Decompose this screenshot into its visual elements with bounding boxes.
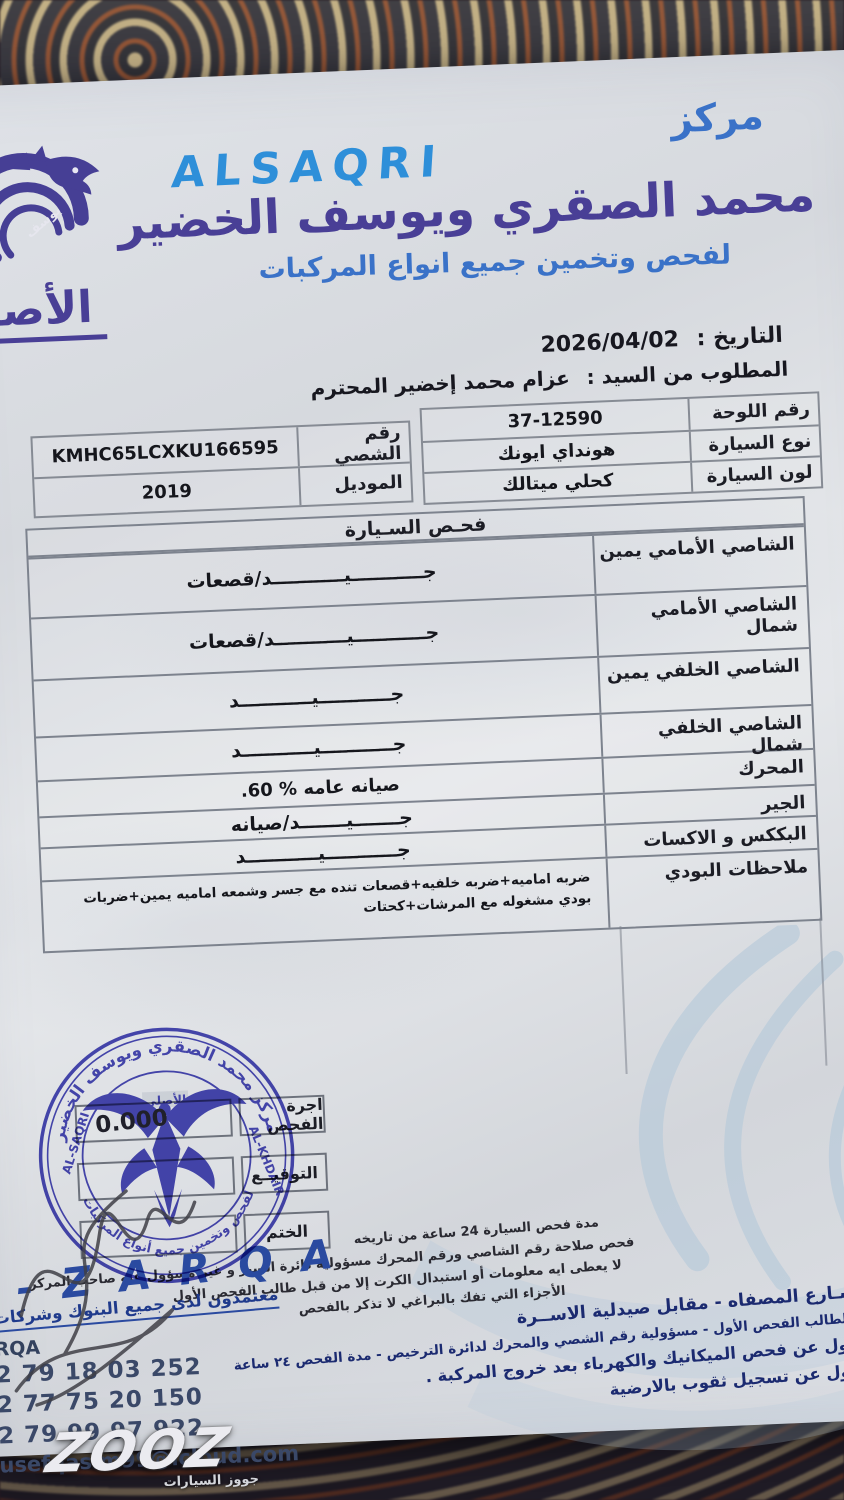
inspection-table: فحـص السـيارة الشاصي الأمامي يمين جـــــ… xyxy=(25,496,822,953)
brand-word: مركز xyxy=(670,93,765,141)
requested-value: عزام محمد إخضير المحترم xyxy=(310,366,570,401)
requested-label: المطلوب من السيد : xyxy=(586,357,789,389)
row-label: الشاصي الأمامي شمال xyxy=(595,587,809,656)
date-value: 2026/04/02 xyxy=(540,327,679,358)
original-mark: الأصلـ xyxy=(0,281,108,346)
row-label: الشاصي الأمامي يمين xyxy=(592,527,806,594)
center-tagline: لفحص وتخمين جميع انواع المركبات xyxy=(259,239,732,285)
row-label: ملاحظات البودي xyxy=(606,850,821,928)
date-label: التاريخ : xyxy=(696,323,783,352)
vehicle-info-table-right: رقم اللوحة 37-12590 نوع السيارة هونداي ا… xyxy=(420,391,824,505)
zooz-logo: ZOOZ xyxy=(41,1414,290,1486)
chassis-number-label: رقم الشصي xyxy=(296,423,410,467)
car-type-label: نوع السيارة xyxy=(689,426,820,460)
plate-number-label: رقم اللوحة xyxy=(687,393,818,429)
date-line: التاريخ : 2026/04/02 xyxy=(540,323,783,358)
zooz-watermark: ZOOZ جووز السيارات xyxy=(47,1414,285,1494)
inspection-form-paper: مركز ALSAQRI محمد الصقري ويوسف الخضير لف… xyxy=(0,49,844,1457)
model-label: الموديل xyxy=(298,464,411,506)
signature-scribble xyxy=(0,1156,257,1416)
vehicle-info-table-left: رقم الشصي KMHC65LCXKU166595 الموديل 2019 xyxy=(30,421,413,519)
requested-line: المطلوب من السيد : عزام محمد إخضير المحت… xyxy=(310,357,789,401)
photo-scene: مركز ALSAQRI محمد الصقري ويوسف الخضير لف… xyxy=(0,0,844,1500)
row-label: الشاصي الخلفي شمال xyxy=(600,706,814,757)
row-label: الشاصي الخلفي يمين xyxy=(597,649,811,713)
car-color-label: لون السيارة xyxy=(690,457,821,491)
stamp-ring-right: AL-KHDAIR xyxy=(246,1124,287,1198)
